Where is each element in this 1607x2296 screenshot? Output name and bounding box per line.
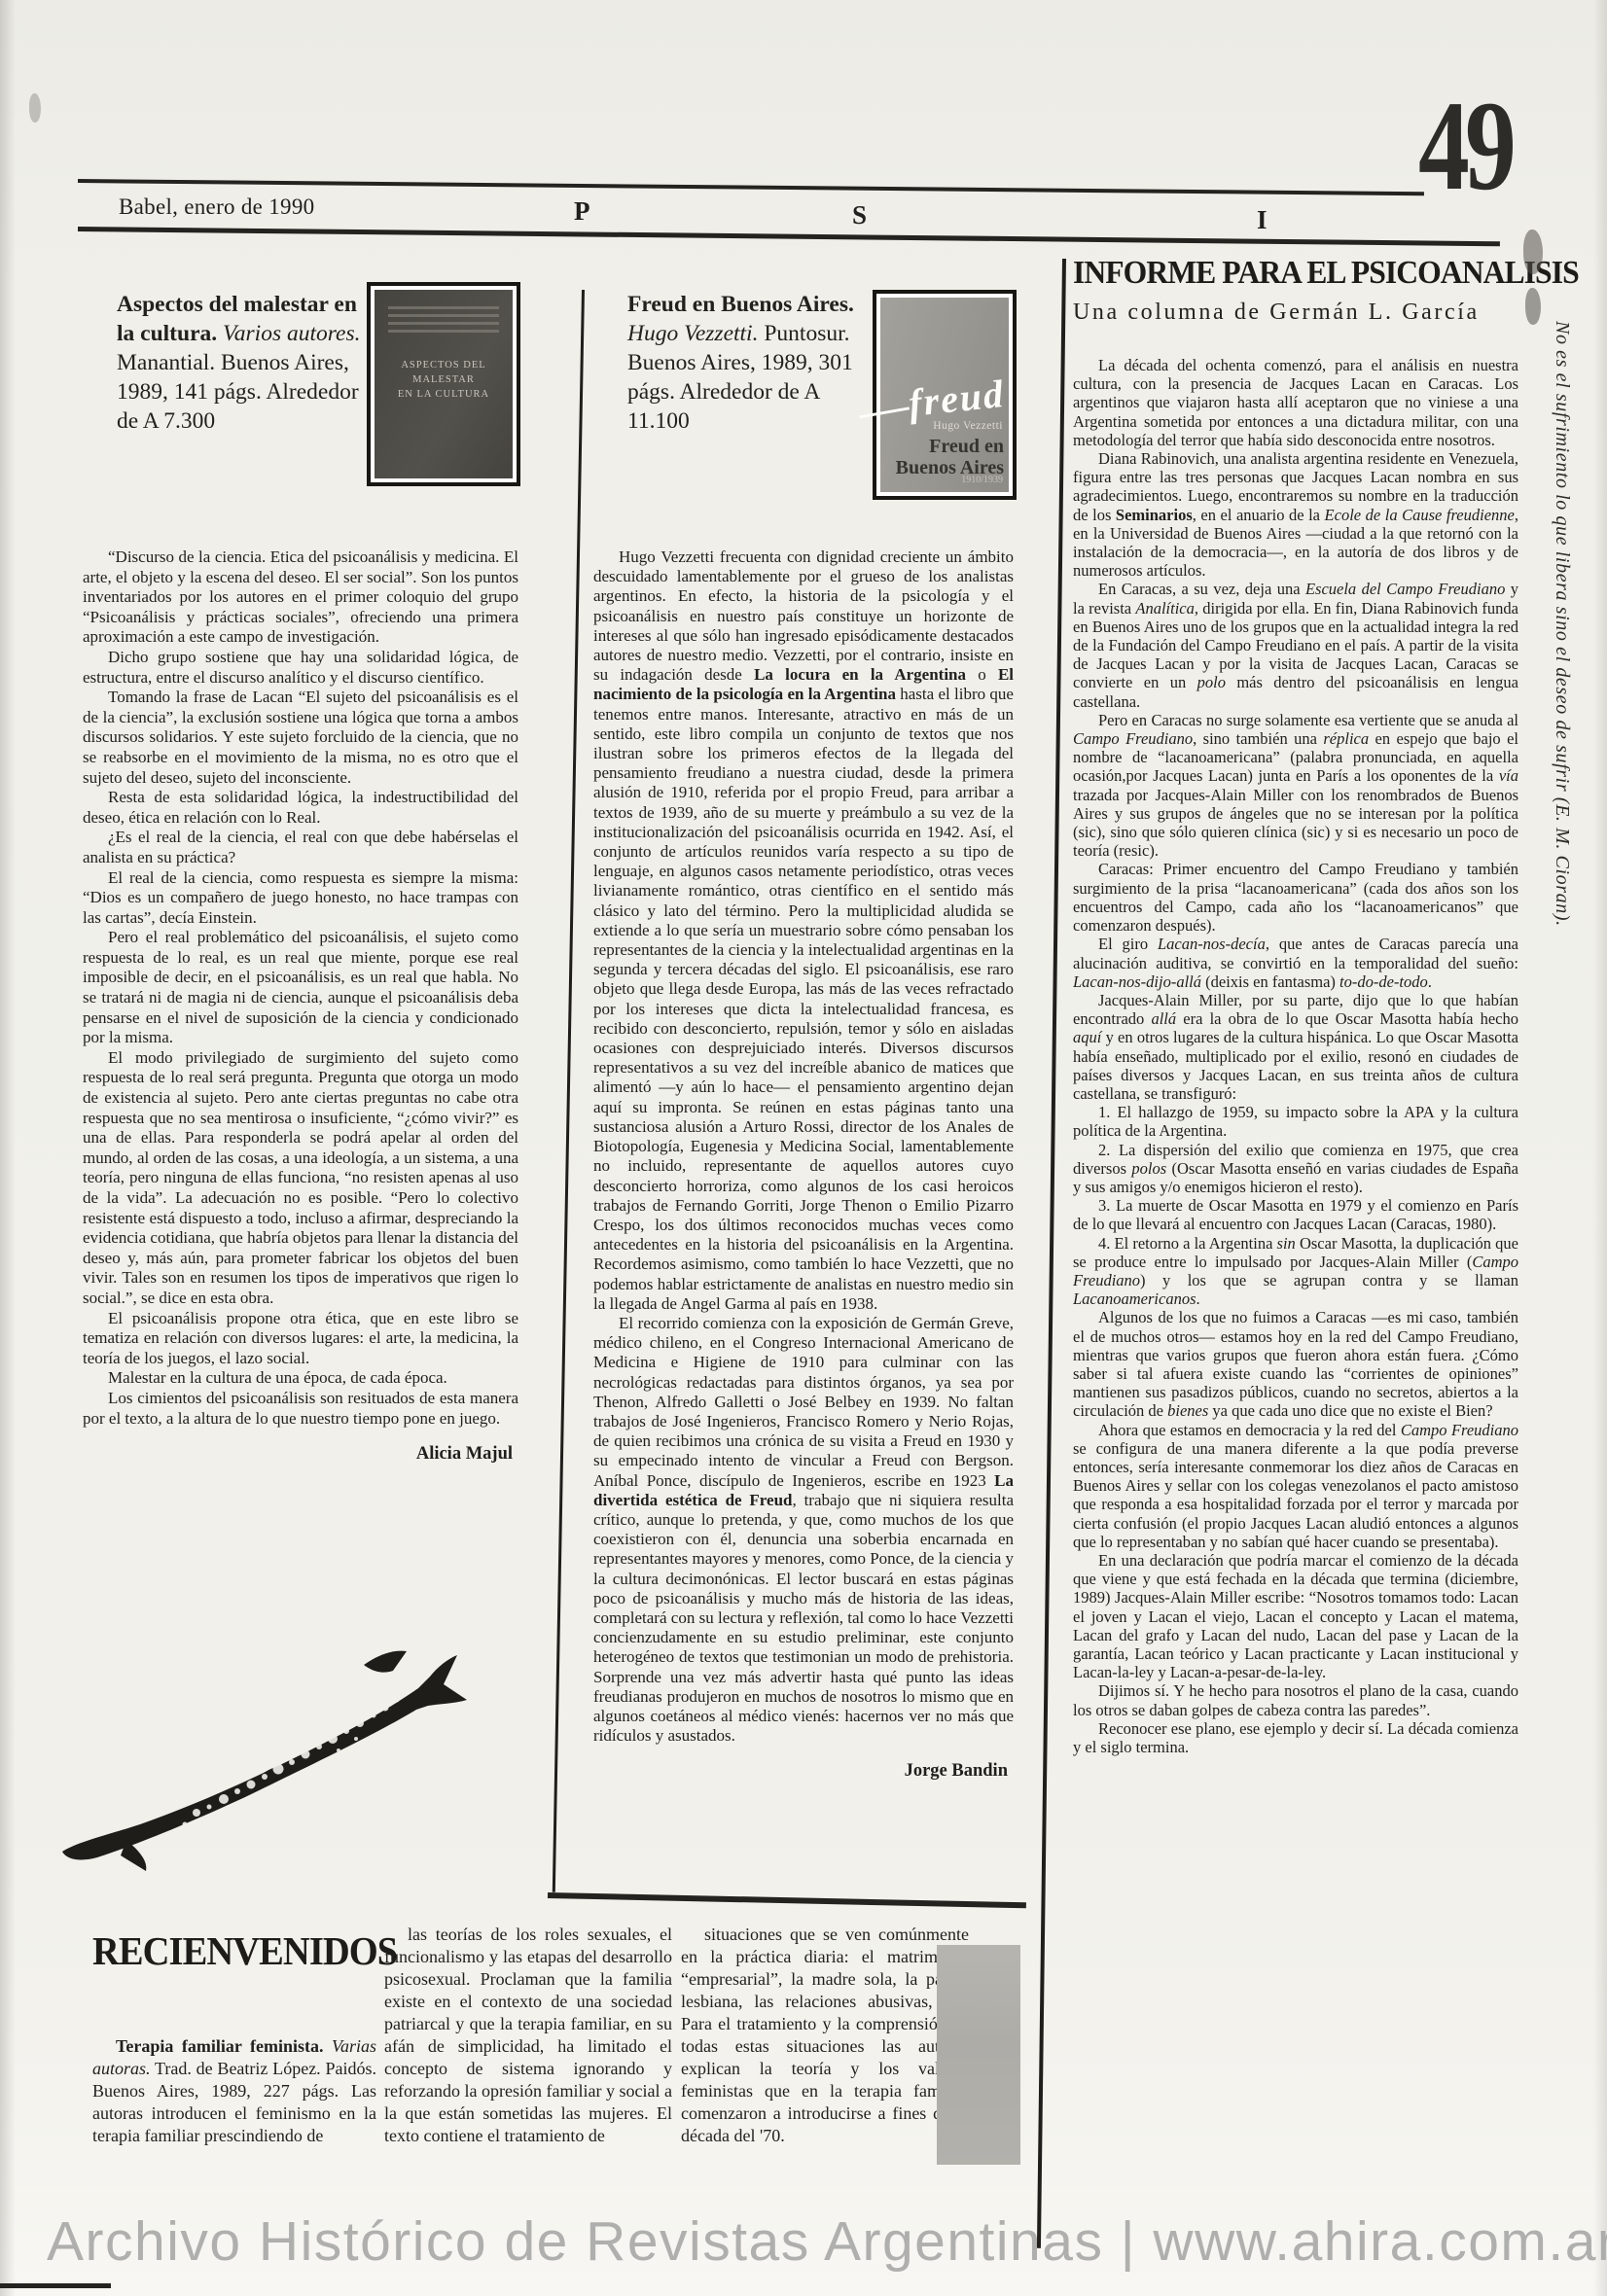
scan-edge-shadow-left — [0, 0, 16, 2296]
cover-fine-print-bars — [388, 306, 499, 337]
cover-title-text: Freud en Buenos Aires — [896, 436, 1004, 478]
header-rule-top — [78, 179, 1424, 195]
cover-title-text: ASPECTOS DEL MALESTAR EN LA CULTURA — [375, 358, 513, 402]
cover-freud-script: freud — [907, 371, 1007, 426]
header-rule-bottom — [78, 227, 1500, 246]
archive-watermark: Archivo Histórico de Revistas Argentinas… — [47, 2209, 1603, 2274]
fish-illustration — [51, 1607, 469, 1898]
review1-paragraphs: “Discurso de la ciencia. Etica del psico… — [83, 548, 518, 1429]
column3-title: INFORME PARA EL PSICOANALISIS — [1073, 255, 1579, 292]
review2-author-signature: Jorge Bandin — [593, 1761, 1014, 1781]
cover-author-text: Hugo Vezzetti — [933, 420, 1003, 432]
newbooks-section-title: RECIENVENIDOS — [92, 1927, 397, 1974]
header-letter-s: S — [852, 200, 867, 230]
book-cover-field: freud Hugo Vezzetti Freud en Buenos Aire… — [880, 298, 1009, 492]
bottom-edge-mark — [0, 2283, 111, 2288]
review2-book-cover: freud Hugo Vezzetti Freud en Buenos Aire… — [873, 290, 1017, 500]
masthead-date: Babel, enero de 1990 — [119, 194, 314, 220]
scan-smudge — [29, 93, 41, 123]
column3-body: La década del ochenta comenzó, para el a… — [1073, 356, 1518, 2250]
cover-years-text: 1910/1939 — [961, 475, 1003, 485]
scanned-magazine-page: Babel, enero de 1990 P S I 49 Aspectos d… — [0, 0, 1607, 2296]
newbooks-grey-image — [937, 1945, 1020, 2165]
divider-col2-col3 — [1037, 259, 1066, 2248]
review2-body-column: Hugo Vezzetti frecuenta con dignidad cre… — [593, 548, 1014, 1885]
review1-author-signature: Alicia Majul — [83, 1444, 518, 1465]
page-number: 49 — [1418, 82, 1512, 210]
review2-book-info: Freud en Buenos Aires. Hugo Vezzetti. Pu… — [627, 290, 875, 436]
review1-book-cover: ASPECTOS DEL MALESTAR EN LA CULTURA — [367, 282, 520, 486]
scan-smudge — [1523, 230, 1543, 274]
scan-edge-shadow-right — [1593, 0, 1607, 2296]
divider-col1-col2 — [553, 290, 585, 1892]
review1-book-info: Aspectos del malestar en la cultura. Var… — [117, 290, 372, 436]
column3-paragraphs: La década del ochenta comenzó, para el a… — [1073, 356, 1518, 1756]
reviews-bottom-rule — [548, 1892, 1026, 1908]
scan-smudge — [1525, 288, 1541, 325]
newbooks-col3-paragraphs: situaciones que se ven comúnmente en la … — [681, 1924, 969, 2147]
review1-body-column: “Discurso de la ciencia. Etica del psico… — [83, 548, 518, 1627]
margin-quote-vertical: No es el sufrimiento lo que libera sino … — [1551, 321, 1573, 1099]
header-letter-i: I — [1257, 205, 1268, 235]
newbooks-col2-paragraphs: las teorías de los roles sexuales, el fu… — [384, 1924, 672, 2147]
book-cover-field: ASPECTOS DEL MALESTAR EN LA CULTURA — [375, 290, 513, 478]
column3-subtitle: Una columna de Germán L. García — [1073, 300, 1480, 326]
review2-paragraphs: Hugo Vezzetti frecuenta con dignidad cre… — [593, 548, 1014, 1746]
newbooks-col1-paragraphs: Terapia familiar feminista. Varias autor… — [92, 2035, 376, 2147]
header-letter-p: P — [574, 196, 590, 227]
